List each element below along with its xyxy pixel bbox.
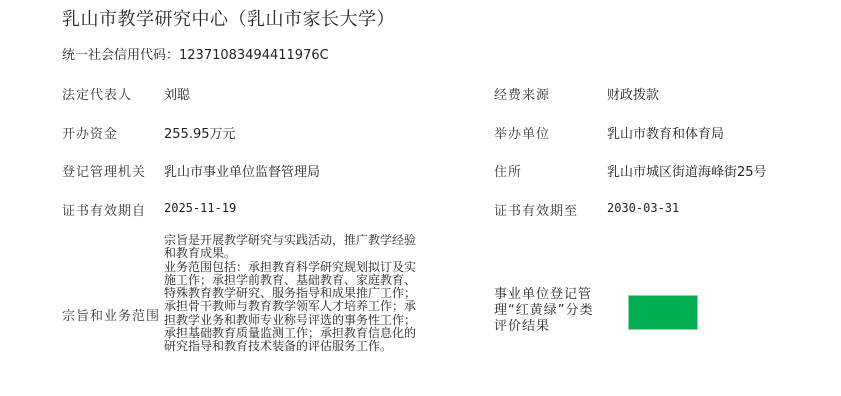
valid-to-label: 证书有效期至 (494, 200, 578, 219)
scope-label: 宗旨和业务范围 (62, 305, 160, 324)
funding-source-label: 经费来源 (494, 84, 550, 103)
registration-authority-label: 登记管理机关 (62, 161, 146, 180)
sponsor-value: 乳山市教育和体育局 (607, 123, 724, 142)
address-label: 住所 (494, 161, 522, 180)
legal-rep-label: 法定代表人 (62, 84, 132, 103)
registration-authority-value: 乳山市事业单位监督管理局 (164, 161, 320, 180)
capital-label: 开办资金 (62, 123, 118, 142)
credit-code-value: 12371083494411976C (179, 48, 329, 63)
address-value: 乳山市城区街道海峰街25号 (607, 161, 767, 180)
sponsor-label: 举办单位 (494, 123, 550, 142)
valid-to-value: 2030-03-31 (607, 201, 679, 215)
scope-purpose: 宗旨是开展教学研究与实践活动，推广教学经验和教育成果。 (164, 234, 426, 261)
rating-green-indicator (628, 295, 698, 330)
legal-rep-value: 刘聪 (164, 84, 190, 103)
credit-code-label: 统一社会信用代码： (62, 48, 179, 63)
capital-value: 255.95万元 (164, 123, 236, 142)
scope-business: 业务范围包括：承担教育科学研究规划拟订及实施工作；承担学前教育、基础教育、家庭教… (164, 261, 426, 354)
valid-from-value: 2025-11-19 (164, 201, 236, 215)
credit-code: 统一社会信用代码：12371083494411976C (62, 44, 329, 63)
page-title: 乳山市教学研究中心（乳山市家长大学） (62, 5, 395, 31)
scope-text: 宗旨是开展教学研究与实践活动，推广教学经验和教育成果。 业务范围包括：承担教育科… (164, 234, 426, 354)
funding-source-value: 财政拨款 (607, 84, 659, 103)
valid-from-label: 证书有效期自 (62, 200, 146, 219)
rating-label: 事业单位登记管理“红黄绿”分类评价结果 (494, 287, 604, 335)
